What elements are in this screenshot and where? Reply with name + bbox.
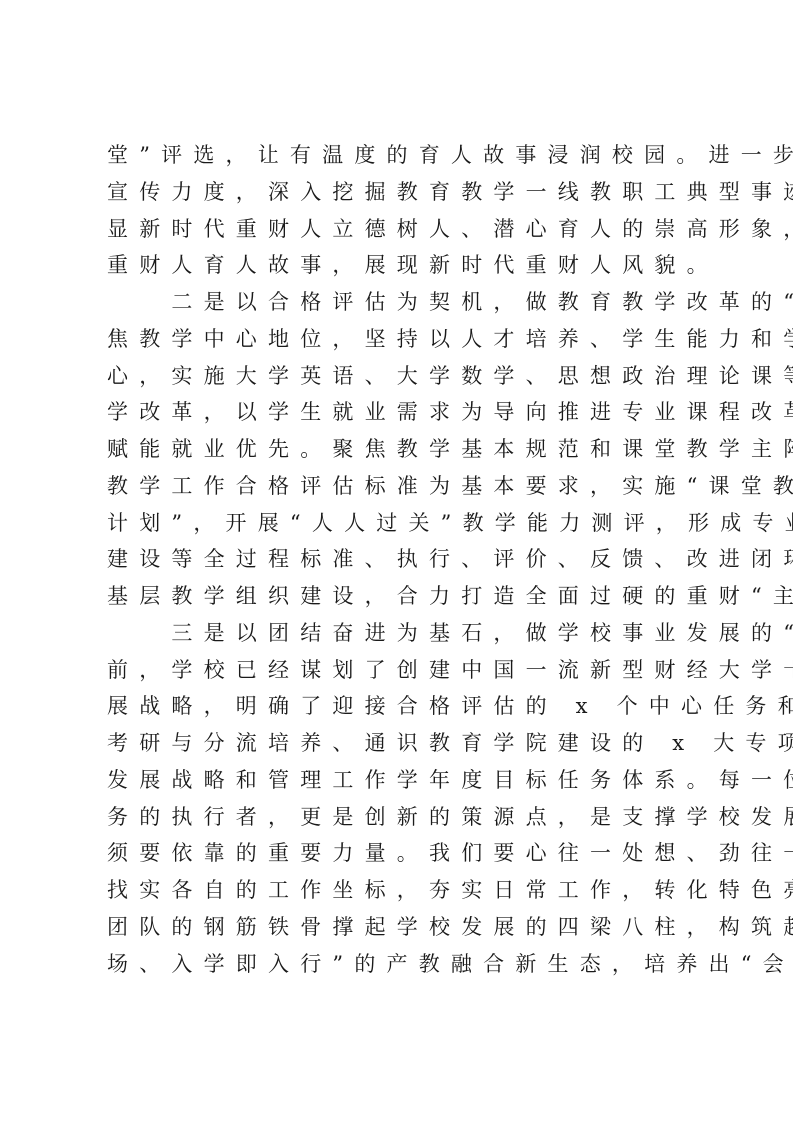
- text-line: 重财人育人故事，展现新时代重财人风貌。: [107, 247, 691, 284]
- paragraph-third-point: 三是以团结奋进为基石，做学校事业发展的“同行者”。当 前，学校已经谋划了创建中国…: [107, 615, 691, 983]
- text-line: 学改革，以学生就业需求为导向推进专业课程改革，确保课程: [107, 394, 691, 431]
- paragraph-second-point: 二是以合格评估为契机，做教育教学改革的“实干家”。聚 焦教学中心地位，坚持以人才…: [107, 284, 691, 615]
- text-line: 宣传力度，深入挖掘教育教学一线教职工典型事迹和风采，彰: [107, 174, 691, 211]
- text-line: 焦教学中心地位，坚持以人才培养、学生能力和学生就业为中: [107, 321, 691, 358]
- text-line: 团队的钢筋铁骨撑起学校发展的四梁八柱，构筑起“课堂连市: [107, 909, 691, 946]
- document-body: 堂”评选，让有温度的育人故事浸润校园。进一步加大选树和 宣传力度，深入挖掘教育教…: [107, 137, 691, 982]
- text-line: 须要依靠的重要力量。我们要心往一处想、劲往一处使，找准: [107, 835, 691, 872]
- text-line: 基层教学组织建设，合力打造全面过硬的重财“主力军”。: [107, 578, 691, 615]
- text-line: 赋能就业优先。聚焦教学基本规范和课堂教学主阵地，坚持以: [107, 431, 691, 468]
- text-line: 前，学校已经谋划了创建中国一流新型财经大学十年规划的发: [107, 652, 691, 689]
- text-line-first: 二是以合格评估为契机，做教育教学改革的“实干家”。聚: [107, 284, 691, 321]
- text-line-first: 三是以团结奋进为基石，做学校事业发展的“同行者”。当: [107, 615, 691, 652]
- text-line: 找实各自的工作坐标，夯实日常工作，转化特色亮点，用教师: [107, 872, 691, 909]
- text-line: 务的执行者，更是创新的策源点，是支撑学校发展最值得和必: [107, 799, 691, 836]
- document-page: 堂”评选，让有温度的育人故事浸润校园。进一步加大选树和 宣传力度，深入挖掘教育教…: [0, 0, 793, 1122]
- text-line: 心，实施大学英语、大学数学、思想政治理论课等分层分类教: [107, 358, 691, 395]
- text-line: 教学工作合格评估标准为基本要求，实施“课堂教学质量提升: [107, 468, 691, 505]
- paragraph-continuation: 堂”评选，让有温度的育人故事浸润校园。进一步加大选树和 宣传力度，深入挖掘教育教…: [107, 137, 691, 284]
- text-line: 发展战略和管理工作学年度目标任务体系。每一位老师既是任: [107, 762, 691, 799]
- text-line: 考研与分流培养、通识教育学院建设的 x 大专项任务，形成了: [107, 725, 691, 762]
- text-line: 展战略，明确了迎接合格评估的 x 个中心任务和产教融合突破、: [107, 688, 691, 725]
- text-line: 堂”评选，让有温度的育人故事浸润校园。进一步加大选树和: [107, 137, 691, 174]
- text-line: 显新时代重财人立德树人、潜心育人的崇高形象，讲好新时代: [107, 211, 691, 248]
- text-line: 场、入学即入行”的产教融合新生态，培养出“会管理的工程: [107, 946, 691, 983]
- text-line: 计划”，开展“人人过关”教学能力测评，形成专业建设、课程: [107, 505, 691, 542]
- text-line: 建设等全过程标准、执行、评价、反馈、改进闭环，切实夯实: [107, 541, 691, 578]
